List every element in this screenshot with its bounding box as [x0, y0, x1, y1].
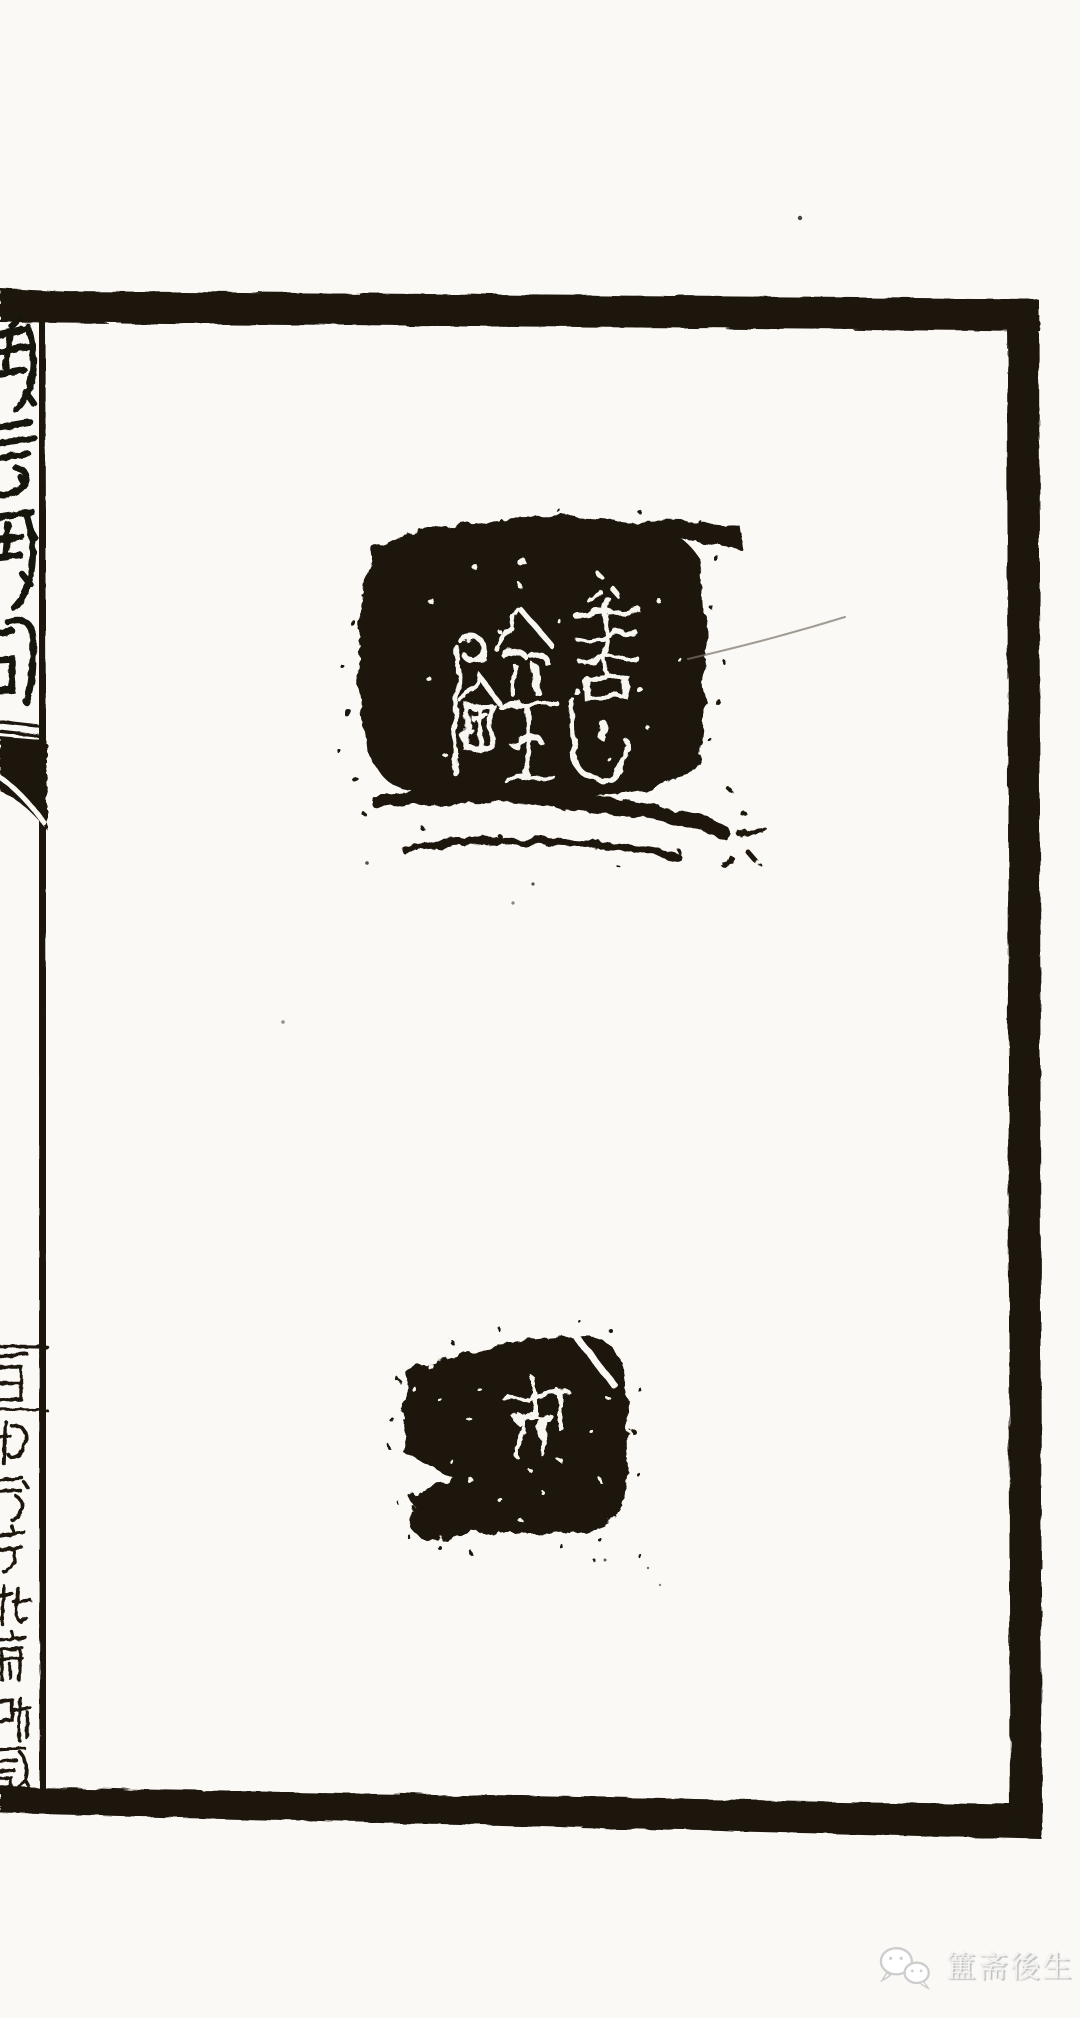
- spine-title-calligraphy: [0, 318, 35, 702]
- frame-right-bar: [1007, 300, 1042, 1837]
- seal-large-ink-tail: [380, 796, 762, 868]
- wechat-logo-icon: [878, 1945, 936, 1991]
- scanned-page: 簠斋後生: [0, 0, 1080, 2018]
- margin-column-rule: [41, 318, 44, 1796]
- seal-large-ground: [358, 518, 706, 799]
- page-number-glyph: [0, 1354, 27, 1400]
- frame-bottom-bar: [0, 1787, 1042, 1839]
- page-artwork: [0, 0, 1080, 2018]
- seal-impression-small: [388, 1321, 642, 1562]
- watermark-text: 簠斋後生: [946, 1944, 1074, 1992]
- seal-impression-large: [338, 510, 762, 870]
- watermark: 簠斋後生: [878, 1944, 1074, 1992]
- studio-colophon-calligraphy: [0, 1422, 30, 1788]
- frame-top-bar: [0, 288, 1040, 331]
- scratch-hairline: [688, 617, 845, 659]
